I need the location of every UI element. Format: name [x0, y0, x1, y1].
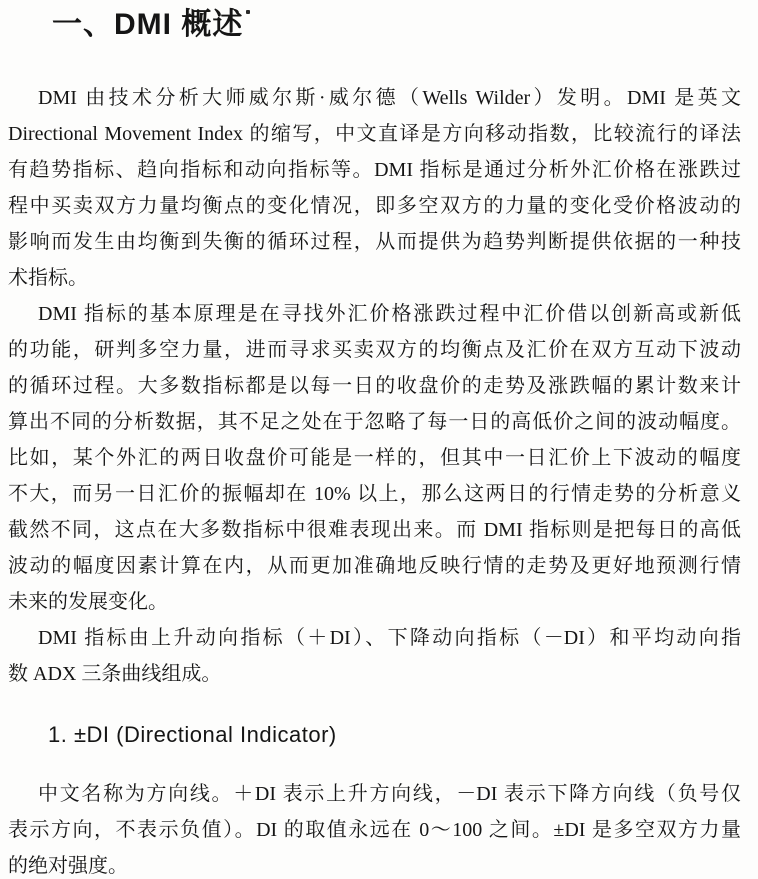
text-line: 程中买卖双方力量均衡点的变化情况，即多空双方的力量的变化受价格波动的 — [8, 188, 741, 224]
text-line: 的循环过程。大多数指标都是以每一日的收盘价的走势及涨跌幅的累计数来计 — [8, 368, 741, 404]
text-line: DMI 指标由上升动向指标（＋DI）、下降动向指标（－DI）和平均动向指 — [8, 620, 741, 656]
text-line: Directional Movement Index 的缩写，中文直译是方向移动… — [8, 116, 741, 152]
text-line: 截然不同，这点在大多数指标中很难表现出来。而 DMI 指标则是把每日的高低 — [8, 512, 741, 548]
text-line: DMI 由技术分析大师威尔斯·威尔德（Wells Wilder）发明。DMI 是… — [8, 80, 741, 116]
document-page: 一、DMI 概述 DMI 由技术分析大师威尔斯·威尔德（Wells Wilder… — [0, 0, 758, 879]
scan-speck — [246, 10, 250, 14]
paragraph-3: DMI 指标由上升动向指标（＋DI）、下降动向指标（－DI）和平均动向指 数 A… — [8, 620, 741, 692]
text-line: 表示方向，不表示负值）。DI 的取值永远在 0～100 之间。±DI 是多空双方… — [8, 812, 741, 848]
paragraph-2: DMI 指标的基本原理是在寻找外汇价格涨跌过程中汇价借以创新高或新低 的功能，研… — [8, 296, 741, 620]
text-line: 数 ADX 三条曲线组成。 — [8, 656, 741, 692]
text-line: 中文名称为方向线。＋DI 表示上升方向线，－DI 表示下降方向线（负号仅 — [8, 776, 741, 812]
text-line: 影响而发生由均衡到失衡的循环过程，从而提供为趋势判断提供依据的一种技 — [8, 224, 741, 260]
text-line: 算出不同的分析数据，其不足之处在于忽略了每一日的高低价之间的波动幅度。 — [8, 404, 741, 440]
text-line: 的功能，研判多空力量，进而寻求买卖双方的均衡点及汇价在双方互动下波动 — [8, 332, 741, 368]
text-line: 未来的发展变化。 — [8, 584, 741, 620]
page-title: 一、DMI 概述 — [52, 6, 741, 44]
text-line: 术指标。 — [8, 260, 741, 296]
text-line: DMI 指标的基本原理是在寻找外汇价格涨跌过程中汇价借以创新高或新低 — [8, 296, 741, 332]
text-line: 波动的幅度因素计算在内，从而更加准确地反映行情的走势及更好地预测行情 — [8, 548, 741, 584]
paragraph-4: 中文名称为方向线。＋DI 表示上升方向线，－DI 表示下降方向线（负号仅 表示方… — [8, 776, 741, 879]
text-line: 不大，而另一日汇价的振幅却在 10% 以上，那么这两日的行情走势的分析意义 — [8, 476, 741, 512]
text-line: 比如，某个外汇的两日收盘价可能是一样的，但其中一日汇价上下波动的幅度 — [8, 440, 741, 476]
text-line: 的绝对强度。 — [8, 848, 741, 879]
text-line: 有趋势指标、趋向指标和动向指标等。DMI 指标是通过分析外汇价格在涨跌过 — [8, 152, 741, 188]
subsection-heading: 1. ±DI (Directional Indicator) — [48, 720, 741, 750]
paragraph-1: DMI 由技术分析大师威尔斯·威尔德（Wells Wilder）发明。DMI 是… — [8, 80, 741, 296]
